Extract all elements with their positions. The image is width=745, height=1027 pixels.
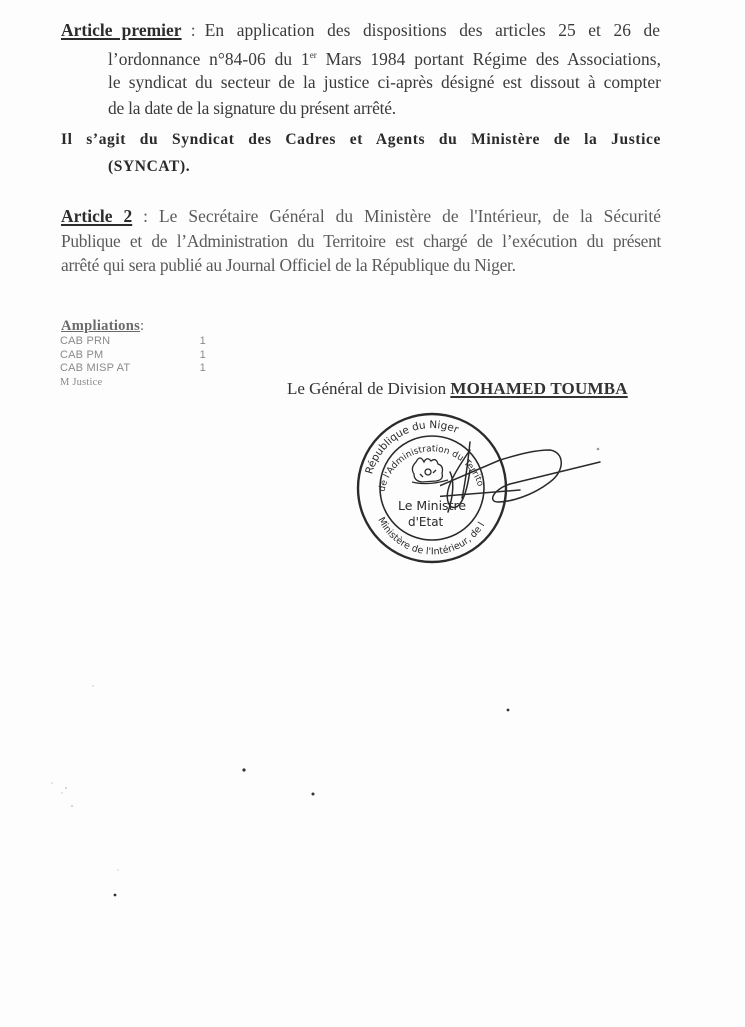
ampliation-row: CAB MISP AT 1 — [60, 362, 220, 376]
ampliation-recipient: CAB PM — [60, 349, 103, 363]
ampliations-list: CAB PRN 1 CAB PM 1 CAB MISP AT 1 M Justi… — [60, 335, 220, 389]
ordinance-text-suffix: Mars 1984 portant Régime des Association… — [317, 49, 661, 69]
article-premier-text-1: En application des dispositions des arti… — [205, 20, 660, 40]
document-page: Article premier : En application des dis… — [0, 0, 745, 1027]
article-premier-text-4: de la date de la signature du présent ar… — [108, 98, 396, 118]
ampliation-recipient: CAB MISP AT — [60, 362, 130, 376]
ampliation-qty: 1 — [186, 349, 220, 363]
ampliation-qty: 1 — [186, 335, 220, 349]
article-premier-text-3: le syndicat du secteur de la justice ci-… — [108, 71, 661, 93]
article-premier-heading: Article premier — [61, 20, 182, 40]
ampliation-qty: 1 — [186, 362, 220, 376]
ampliation-recipient: CAB PRN — [60, 335, 110, 349]
article-premier-line-3: le syndicat du secteur de la justice ci-… — [108, 71, 661, 93]
article-2-line-2: Publique et de l’Administration du Terri… — [61, 230, 661, 252]
article-2-text-1: Le Secrétaire Général du Ministère de l'… — [159, 206, 661, 226]
ampliation-row: CAB PRN 1 — [60, 335, 220, 349]
signatory-rank: Le Général de Division — [287, 379, 450, 398]
article-premier-separator: : — [182, 20, 205, 40]
stamp-center-line-2: d'Etat — [408, 515, 444, 529]
signature-icon — [440, 420, 640, 570]
article-2-line-3: arrêté qui sera publié au Journal Offici… — [61, 254, 516, 276]
ordinance-superscript: er — [310, 50, 317, 60]
ordinance-text-prefix: l’ordonnance n°84-06 du 1 — [108, 49, 310, 69]
article-2-separator: : — [132, 206, 159, 226]
article-2-line-1: Article 2 : Le Secrétaire Général du Min… — [61, 205, 661, 227]
ampliation-row: M Justice — [60, 376, 220, 390]
ampliations-title-text: Ampliations — [61, 318, 140, 334]
signatory-line: Le Général de Division MOHAMED TOUMBA — [287, 379, 628, 399]
syndicate-line-1: Il s’agit du Syndicat des Cadres et Agen… — [61, 129, 661, 151]
article-premier-line-2: l’ordonnance n°84-06 du 1er Mars 1984 po… — [108, 44, 661, 70]
syndicate-acronym: (SYNCAT). — [108, 156, 190, 178]
signatory-name: MOHAMED TOUMBA — [450, 379, 627, 398]
ampliations-title: Ampliations : — [61, 318, 144, 335]
article-premier-line-1: Article premier : En application des dis… — [61, 19, 660, 41]
ampliations-title-colon: : — [140, 318, 144, 335]
article-2-text-2: Publique et de l’Administration du Terri… — [61, 230, 661, 252]
ampliation-qty — [186, 376, 220, 390]
syndicate-text: Il s’agit du Syndicat des Cadres et Agen… — [61, 129, 661, 151]
ampliation-row: CAB PM 1 — [60, 349, 220, 363]
article-premier-line-4: de la date de la signature du présent ar… — [108, 97, 396, 119]
ampliation-recipient: M Justice — [60, 376, 102, 390]
article-2-text-3: arrêté qui sera publié au Journal Offici… — [61, 255, 516, 275]
article-2-heading: Article 2 — [61, 206, 132, 226]
